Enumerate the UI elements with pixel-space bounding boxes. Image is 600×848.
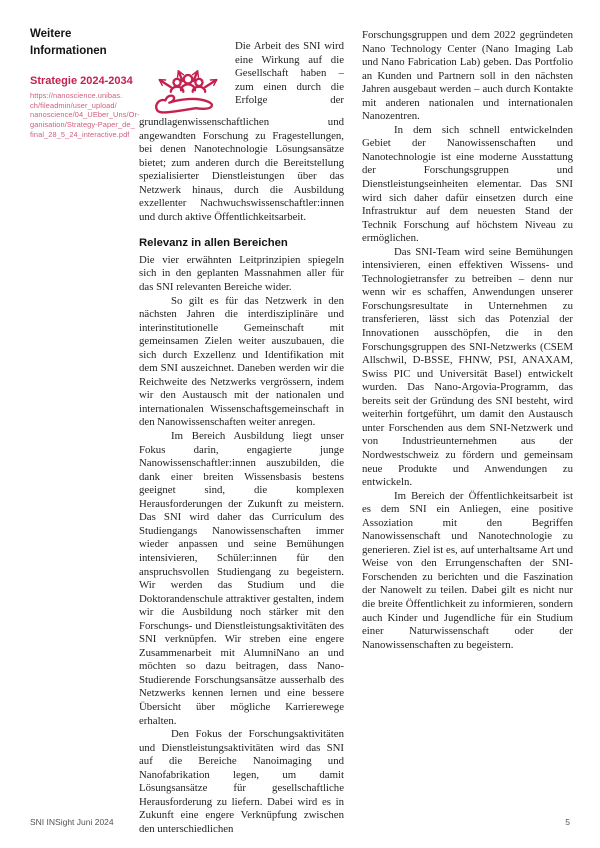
paragraph: Im Bereich der Öffentlichkeitsarbeit ist… — [362, 490, 573, 653]
paragraph: So gilt es für das Netzwerk in den nächs… — [139, 295, 344, 430]
paragraph: Das SNI-Team wird seine Bemühungen inten… — [362, 246, 573, 490]
strategy-link-url-line: https://nanoscience.unibas. — [30, 91, 142, 101]
strategy-link-url-line: ganisation/Strategy-Paper_de_ — [30, 120, 142, 130]
strategy-link-url-line: ch/fileadmin/user_upload/ — [30, 101, 142, 111]
paragraph: Die vier erwähnten Leitprinzipien spiege… — [139, 254, 344, 295]
paragraph: Forschungsgruppen und dem 2022 gegründet… — [362, 29, 573, 124]
people-outreach-hand-icon — [139, 40, 235, 116]
paragraph: In dem sich schnell entwickelnden Gebiet… — [362, 124, 573, 246]
paragraph: Im Bereich Ausbildung liegt unser Fokus … — [139, 430, 344, 728]
strategy-link-title[interactable]: Strategie 2024-2034 — [30, 75, 142, 88]
page-number: 5 — [565, 817, 570, 827]
footer-issue-label: SNI INSight Juni 2024 — [30, 817, 114, 827]
sidebar-heading: Weitere Informationen — [30, 26, 142, 60]
strategy-link-url-line: nanoscience/04_UEber_Uns/Or- — [30, 110, 142, 120]
text-column-2: Forschungsgruppen und dem 2022 gegründet… — [362, 29, 573, 652]
section-heading: Relevanz in allen Bereichen — [139, 237, 344, 251]
text-column-1: Die Arbeit des SNI wird eine Wirkung auf… — [139, 40, 344, 836]
sidebar: Weitere Informationen Strategie 2024-203… — [30, 26, 142, 140]
document-page: Weitere Informationen Strategie 2024-203… — [0, 0, 600, 848]
strategy-link-url[interactable]: https://nanoscience.unibas. ch/fileadmin… — [30, 91, 142, 140]
strategy-link-url-line: final_28_5_24_interactive.pdf — [30, 130, 142, 140]
page-footer: SNI INSight Juni 2024 5 — [30, 817, 570, 827]
